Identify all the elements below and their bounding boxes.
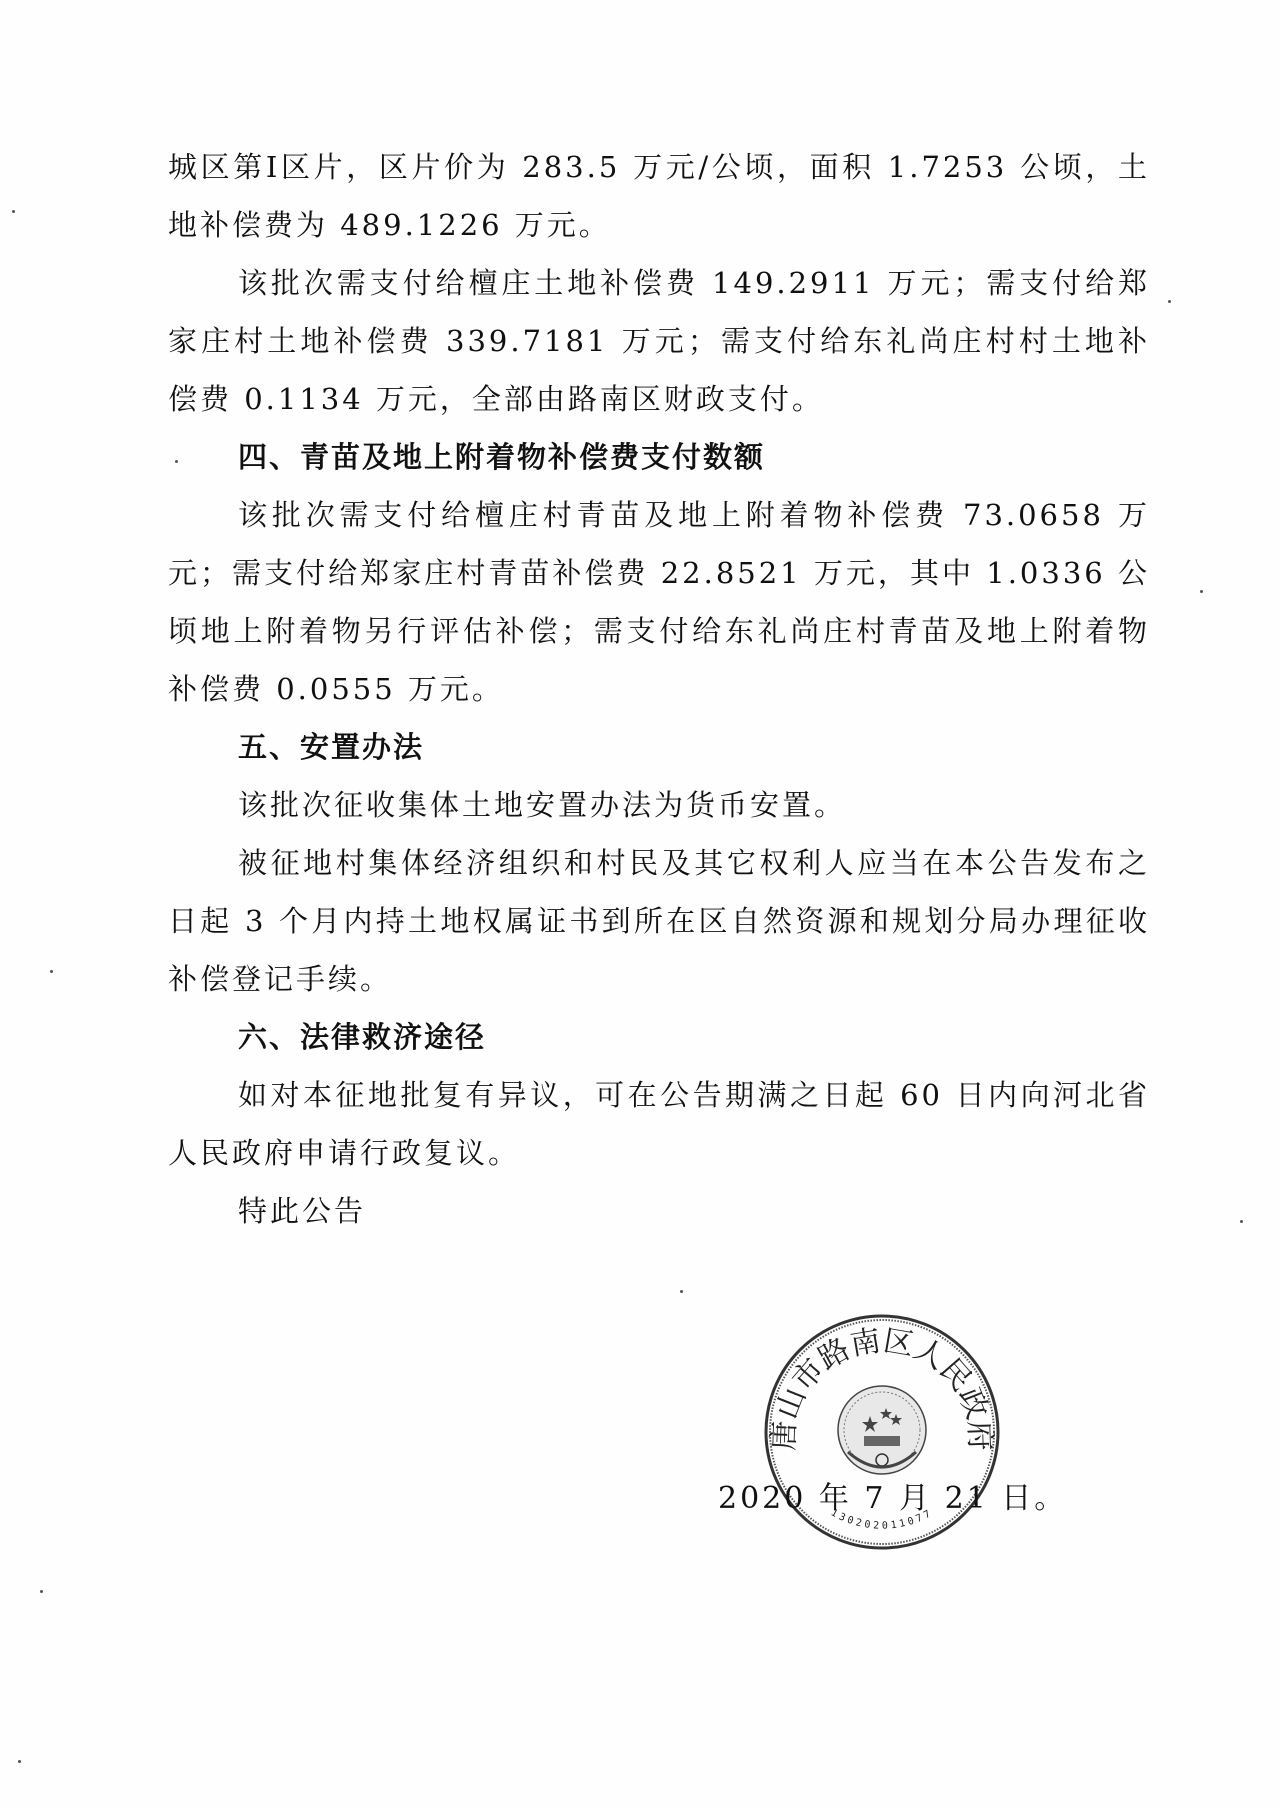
heading-section-4: 四、青苗及地上附着物补偿费支付数额	[168, 428, 1150, 486]
scan-speck	[18, 1760, 21, 1763]
document-page: 城区第Ⅰ区片，区片价为 283.5 万元/公顷，面积 1.7253 公顷，土地补…	[0, 0, 1280, 1809]
scan-speck	[1200, 590, 1203, 593]
scan-speck	[40, 1590, 43, 1593]
scan-speck	[50, 970, 53, 973]
scan-speck	[175, 460, 178, 463]
paragraph-registration: 被征地村集体经济组织和村民及其它权利人应当在本公告发布之日起 3 个月内持土地权…	[168, 834, 1150, 1008]
document-date: 2020 年 7 月 21 日。	[718, 1473, 1067, 1517]
scan-speck	[680, 1290, 683, 1293]
paragraph-crop-compensation: 该批次需支付给檀庄村青苗及地上附着物补偿费 73.0658 万元；需支付给郑家庄…	[168, 486, 1150, 718]
scan-speck	[1168, 300, 1171, 303]
paragraph-resettlement-method: 该批次征收集体土地安置办法为货币安置。	[168, 776, 1150, 834]
heading-section-5: 五、安置办法	[168, 718, 1150, 776]
document-body: 城区第Ⅰ区片，区片价为 283.5 万元/公顷，面积 1.7253 公顷，土地补…	[168, 138, 1150, 1240]
scan-speck	[1240, 1220, 1243, 1223]
paragraph-legal-remedy: 如对本征地批复有异议，可在公告期满之日起 60 日内向河北省人民政府申请行政复议…	[168, 1066, 1150, 1182]
national-emblem-icon	[838, 1386, 926, 1474]
scan-speck	[12, 210, 15, 213]
paragraph-land-compensation: 该批次需支付给檀庄土地补偿费 149.2911 万元；需支付给郑家庄村土地补偿费…	[168, 254, 1150, 428]
paragraph-continuation: 城区第Ⅰ区片，区片价为 283.5 万元/公顷，面积 1.7253 公顷，土地补…	[168, 138, 1150, 254]
signoff-text: 特此公告	[168, 1182, 1150, 1240]
heading-section-6: 六、法律救济途径	[168, 1008, 1150, 1066]
